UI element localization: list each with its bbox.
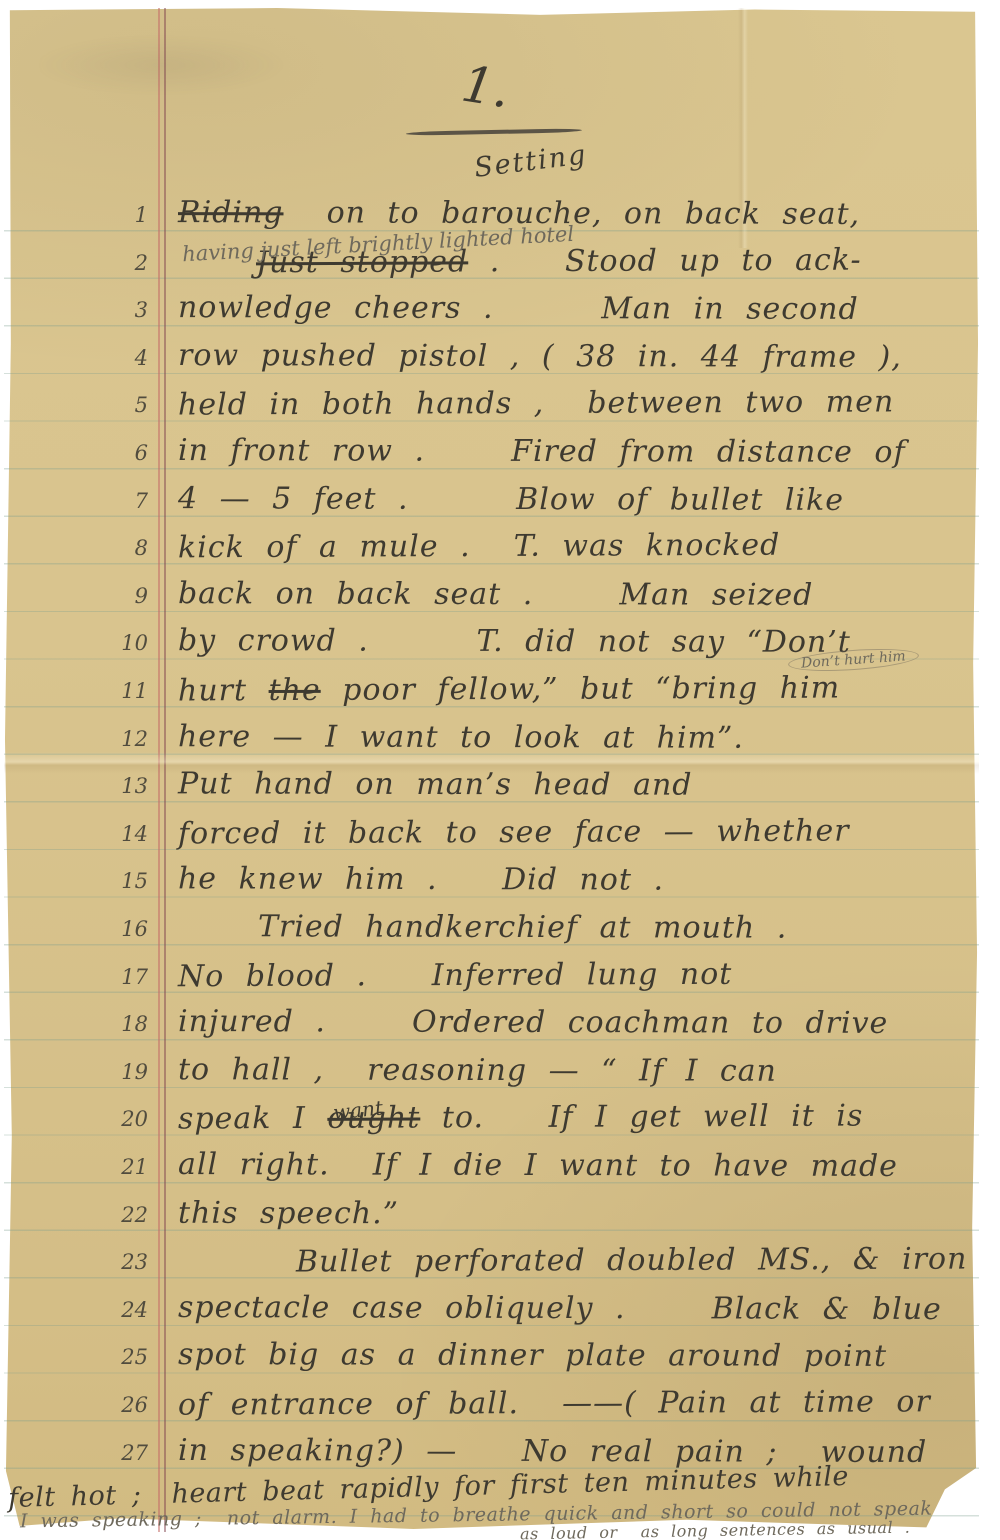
manuscript-line: 23Bullet perforated doubled MS., & iron xyxy=(0,1243,1000,1290)
manuscript-line: 25spot big as a dinner plate around poin… xyxy=(0,1338,1000,1385)
line-text: back on back seat . Man seized xyxy=(178,576,814,613)
handwritten-text: to hall , reasoning — “ If I can xyxy=(178,1052,777,1089)
line-number: 27 xyxy=(108,1441,148,1465)
line-number: 14 xyxy=(108,822,148,846)
line-text: spectacle case obliquely . Black & blue xyxy=(178,1290,942,1327)
line-text: this speech.” xyxy=(178,1195,399,1231)
line-text: here — I want to look at him”. xyxy=(178,719,744,755)
manuscript-line: 22this speech.” xyxy=(0,1196,1000,1243)
manuscript-line: 8kick of a mule . T. was knocked xyxy=(0,529,1000,576)
manuscript-line: 6in front row . Fired from distance of xyxy=(0,434,1000,481)
line-text: Bullet perforated doubled MS., & iron xyxy=(296,1242,968,1280)
manuscript-scan: 1. Setting 1Riding on to barouche, on ba… xyxy=(0,0,1000,1540)
handwritten-text: here — I want to look at him”. xyxy=(178,719,744,755)
handwritten-text: to. If I get well it is xyxy=(420,1099,863,1136)
line-text: by crowd . T. did not say “Don’t xyxy=(178,624,851,661)
line-number: 5 xyxy=(108,393,148,417)
handwritten-text: kick of a mule . T. was knocked xyxy=(178,528,780,566)
handwritten-text: speak I xyxy=(178,1101,327,1137)
manuscript-line: 2Just stopped . Stood up to ack- xyxy=(0,244,1000,291)
handwritten-text: held in both hands , between two men xyxy=(178,385,894,423)
ink-bleedthrough-smudge xyxy=(40,30,340,100)
line-number: 23 xyxy=(108,1250,148,1274)
line-text: No blood . Inferred lung not xyxy=(178,956,732,993)
line-text: Put hand on man’s head and xyxy=(178,767,693,803)
handwritten-text: of entrance of ball. ——( Pain at time or xyxy=(178,1384,931,1422)
manuscript-line: 16Tried handkerchief at mouth . xyxy=(0,910,1000,957)
struck-text: Riding xyxy=(178,195,284,230)
line-text: injured . Ordered coachman to drive xyxy=(178,1004,888,1041)
handwritten-text: Bullet perforated doubled MS., & iron xyxy=(296,1242,968,1280)
handwritten-text: this speech.” xyxy=(178,1195,399,1231)
line-number: 20 xyxy=(108,1107,148,1131)
line-number: 26 xyxy=(108,1393,148,1417)
line-number: 16 xyxy=(108,917,148,941)
line-number: 15 xyxy=(108,869,148,893)
handwritten-text: spot big as a dinner plate around point xyxy=(178,1337,887,1374)
line-text: spot big as a dinner plate around point xyxy=(178,1337,887,1374)
manuscript-line: 19to hall , reasoning — “ If I can xyxy=(0,1053,1000,1100)
handwritten-text: Put hand on man’s head and xyxy=(178,767,693,803)
line-text: 4 — 5 feet . Blow of bullet like xyxy=(178,481,844,518)
line-number: 3 xyxy=(108,298,148,322)
handwritten-text: back on back seat . Man seized xyxy=(178,576,814,613)
line-number: 7 xyxy=(108,489,148,513)
line-number: 25 xyxy=(108,1345,148,1369)
manuscript-line: 18injured . Ordered coachman to drive xyxy=(0,1005,1000,1052)
page-number: 1. xyxy=(458,55,514,120)
line-number: 8 xyxy=(108,536,148,560)
handwritten-text: forced it back to see face — whether xyxy=(178,813,850,851)
line-number: 1 xyxy=(108,203,148,227)
manuscript-line: 5held in both hands , between two men xyxy=(0,386,1000,433)
line-number: 12 xyxy=(108,727,148,751)
line-text: forced it back to see face — whether xyxy=(178,813,850,851)
line-number: 11 xyxy=(108,679,148,703)
handwritten-text: nowledge cheers . Man in second xyxy=(178,290,859,327)
manuscript-line: 26of entrance of ball. ——( Pain at time … xyxy=(0,1386,1000,1433)
line-number: 18 xyxy=(108,1012,148,1036)
line-number: 9 xyxy=(108,584,148,608)
line-text: of entrance of ball. ——( Pain at time or xyxy=(178,1384,931,1422)
struck-text: the xyxy=(269,673,321,708)
handwritten-text: he knew him . Did not . xyxy=(178,862,664,898)
handwritten-text: in front row . Fired from distance of xyxy=(178,433,906,470)
handwritten-text: No blood . Inferred lung not xyxy=(178,956,732,993)
manuscript-line: 4row pushed pistol , ( 38 in. 44 frame )… xyxy=(0,339,1000,386)
line-text: he knew him . Did not . xyxy=(178,862,664,898)
line-number: 22 xyxy=(108,1203,148,1227)
handwritten-text: 4 — 5 feet . Blow of bullet like xyxy=(178,481,844,518)
line-number: 19 xyxy=(108,1060,148,1084)
handwritten-text: Tried handkerchief at mouth . xyxy=(258,909,787,945)
manuscript-line: 20speak I ought to. If I get well it is xyxy=(0,1100,1000,1147)
line-text: row pushed pistol , ( 38 in. 44 frame ), xyxy=(178,338,902,375)
line-text: in front row . Fired from distance of xyxy=(178,433,906,470)
line-number: 4 xyxy=(108,346,148,370)
handwritten-text: injured . Ordered coachman to drive xyxy=(178,1004,888,1041)
manuscript-line: 21all right. If I die I want to have mad… xyxy=(0,1148,1000,1195)
line-number: 13 xyxy=(108,774,148,798)
line-text: nowledge cheers . Man in second xyxy=(178,290,859,327)
line-text: all right. If I die I want to have made xyxy=(178,1147,898,1184)
line-number: 21 xyxy=(108,1155,148,1179)
line-text: Tried handkerchief at mouth . xyxy=(258,909,787,945)
line-number: 6 xyxy=(108,441,148,465)
line-number: 2 xyxy=(108,251,148,275)
handwritten-text: hurt xyxy=(178,673,269,708)
handwritten-text: all right. If I die I want to have made xyxy=(178,1147,898,1184)
manuscript-line: 24spectacle case obliquely . Black & blu… xyxy=(0,1291,1000,1338)
handwritten-text: poor fellow,” but “bring him xyxy=(321,671,841,708)
manuscript-line: 15he knew him . Did not . xyxy=(0,862,1000,909)
line-number: 17 xyxy=(108,965,148,989)
line-text: to hall , reasoning — “ If I can xyxy=(178,1052,777,1089)
line-number: 10 xyxy=(108,631,148,655)
manuscript-line: 17No blood . Inferred lung not xyxy=(0,958,1000,1005)
manuscript-line: 9back on back seat . Man seized xyxy=(0,577,1000,624)
handwritten-text: by crowd . T. did not say “Don’t xyxy=(178,624,851,661)
manuscript-line: 74 — 5 feet . Blow of bullet like xyxy=(0,482,1000,529)
manuscript-line: 14forced it back to see face — whether xyxy=(0,815,1000,862)
manuscript-line: 3nowledge cheers . Man in second xyxy=(0,291,1000,338)
handwritten-text: spectacle case obliquely . Black & blue xyxy=(178,1290,942,1327)
line-text: held in both hands , between two men xyxy=(178,385,894,423)
line-number: 24 xyxy=(108,1298,148,1322)
handwritten-text: row pushed pistol , ( 38 in. 44 frame ), xyxy=(178,338,902,375)
manuscript-line: 11hurt the poor fellow,” but “bring him xyxy=(0,672,1000,719)
line-text: hurt the poor fellow,” but “bring him xyxy=(178,671,840,709)
line-text: speak I ought to. If I get well it is xyxy=(178,1099,864,1137)
line-text: kick of a mule . T. was knocked xyxy=(178,528,780,566)
manuscript-line: 13Put hand on man’s head and xyxy=(0,767,1000,814)
manuscript-line: 12here — I want to look at him”. xyxy=(0,720,1000,767)
